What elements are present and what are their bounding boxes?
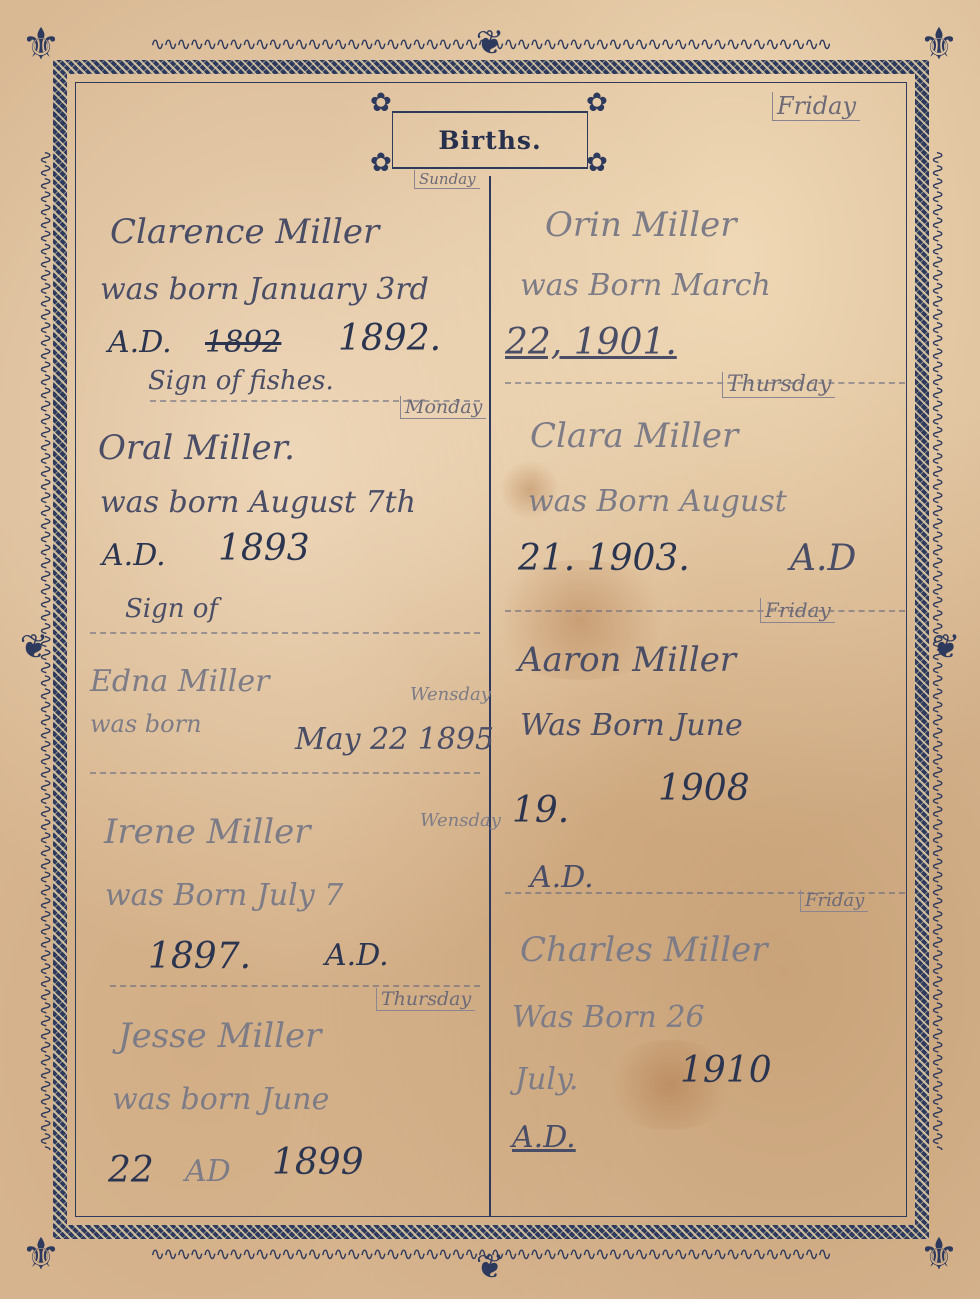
entry-name: Clara Miller <box>530 416 738 456</box>
entry-era: A.D. <box>102 538 166 573</box>
day-annotation: Friday <box>800 890 868 912</box>
entry-name: Clarence Miller <box>110 212 379 252</box>
entry-birth-line: was born January 3rd <box>100 272 429 307</box>
ribbon-bow-icon: ✿ <box>586 90 608 116</box>
entry-separator <box>505 382 905 384</box>
ribbon-bow-icon: ✿ <box>370 150 392 176</box>
entry-era: A.D. <box>108 325 172 360</box>
entry-year: 1892. <box>338 318 441 359</box>
entry-date: 22, 1901. <box>505 322 677 363</box>
entry-birth-line: was Born July 7 <box>105 878 343 913</box>
entry-year: 1897. <box>148 936 251 977</box>
entry-birth-line: was Born August <box>528 484 787 519</box>
entry-month: July. <box>515 1062 578 1097</box>
fleur-de-lis-icon: ⚜ <box>14 18 68 72</box>
entry-name: Jesse Miller <box>118 1016 321 1056</box>
entry-name: Oral Miller. <box>98 428 295 468</box>
entry-birth-line: was born August 7th <box>100 485 416 520</box>
floral-scroll-icon: ❦ <box>14 630 54 664</box>
entry-separator <box>90 772 480 774</box>
entry-separator <box>90 632 480 634</box>
entry-name: Orin Miller <box>545 205 737 245</box>
entry-name: Charles Miller <box>520 930 768 970</box>
entry-date: 21. 1903. <box>518 538 690 579</box>
entry-birth-line: Was Born June <box>520 708 743 743</box>
entry-year: 1908 <box>658 768 750 809</box>
day-annotation: Thursday <box>376 988 475 1011</box>
entry-birth-line: was born June <box>112 1082 329 1117</box>
entry-era: A.D. <box>530 860 594 895</box>
entry-year: 1910 <box>680 1050 772 1091</box>
entry-era: AD <box>185 1154 231 1189</box>
entry-birth-line: was Born March <box>520 268 771 303</box>
entry-name: Aaron Miller <box>518 640 736 680</box>
day-annotation: Friday <box>760 598 835 623</box>
ribbon-bow-icon: ✿ <box>586 150 608 176</box>
day-annotation: Wensday <box>420 810 501 831</box>
fleur-de-lis-icon: ⚜ <box>14 1228 68 1282</box>
page-title: Births. <box>438 126 541 155</box>
day-annotation: Sunday <box>414 170 480 189</box>
floral-scroll-icon: ❦ <box>450 26 530 60</box>
ribbon-bow-icon: ✿ <box>370 90 392 116</box>
entry-zodiac-note: Sign of <box>125 594 218 624</box>
entry-struck-year: 1892 <box>205 325 281 360</box>
day-annotation: Friday <box>772 92 860 121</box>
day-annotation: Wensday <box>410 684 491 705</box>
entry-birth-line: Was Born 26 <box>512 1000 705 1035</box>
entry-birth-line: was born <box>90 710 202 738</box>
entry-separator <box>110 985 480 987</box>
entry-zodiac-note: Sign of fishes. <box>148 366 334 396</box>
day-annotation: Thursday <box>722 372 835 398</box>
entry-name: Irene Miller <box>104 812 310 852</box>
entry-era: A.D <box>790 538 856 579</box>
day-annotation: Monday <box>400 396 486 419</box>
entry-date-day: 19. <box>512 790 569 831</box>
floral-scroll-icon: ❦ <box>450 1250 530 1284</box>
entry-date-day: 22 <box>108 1150 154 1191</box>
entry-date: May 22 1895 <box>295 722 494 757</box>
fleur-de-lis-icon: ⚜ <box>912 1228 966 1282</box>
entry-name: Edna Miller <box>90 664 269 699</box>
entry-era: A.D. <box>325 938 389 973</box>
births-header: Births. <box>392 111 588 169</box>
entry-year: 1893 <box>218 528 310 569</box>
fleur-de-lis-icon: ⚜ <box>912 18 966 72</box>
entry-year: 1899 <box>272 1142 364 1183</box>
entry-era: A.D. <box>512 1120 576 1155</box>
entry-separator <box>505 610 905 612</box>
floral-scroll-icon: ❦ <box>926 630 966 664</box>
